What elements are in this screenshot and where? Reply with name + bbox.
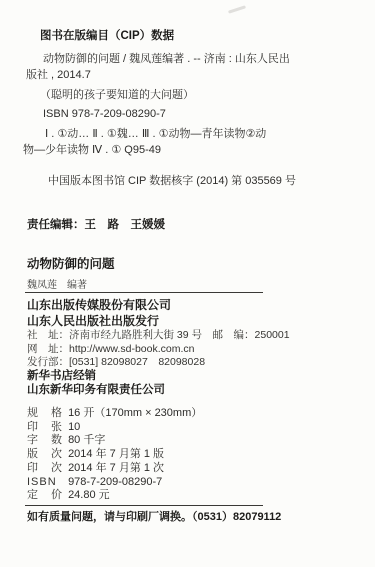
cip-classification-line1: Ⅰ . ①动… Ⅱ . ①魏… Ⅲ . ①动物—青年读物②动 <box>45 128 266 141</box>
spec-label: 定 价 <box>27 489 65 503</box>
spec-table: 规 格 16 开（170mm × 230mm） 印 张 10 字 数 80 千字… <box>27 407 202 503</box>
spec-row-wordcount: 字 数 80 千字 <box>27 434 202 448</box>
spec-value: 80 千字 <box>68 434 105 446</box>
publisher-website: 网 址：http://www.sd-book.com.cn <box>27 343 290 357</box>
spec-value: 16 开（170mm × 230mm） <box>68 407 202 419</box>
cip-description-line2: 版社 , 2014.7 <box>26 69 91 82</box>
cip-classification-line2: 物—少年读物 Ⅳ . ① Q95-49 <box>23 144 161 157</box>
spec-value: 2014 年 7 月第 1 次 <box>68 462 164 474</box>
spec-row-isbn: ISBN 978-7-209-08290-7 <box>27 476 202 490</box>
spec-row-printing: 印 次 2014 年 7 月第 1 次 <box>27 462 202 476</box>
spec-row-edition: 版 次 2014 年 7 月第 1 版 <box>27 448 202 462</box>
publisher-distribution-phone: 发行部：[0531] 82098027 82098028 <box>27 356 290 370</box>
publisher-company: 山东出版传媒股份有限公司 <box>27 297 290 313</box>
scan-smudge <box>228 5 246 13</box>
spec-value: 978-7-209-08290-7 <box>68 476 162 488</box>
cip-record-number: 中国版本图书馆 CIP 数据核字 (2014) 第 035569 号 <box>48 175 296 188</box>
publisher-printer: 山东新华印务有限责任公司 <box>27 384 290 398</box>
book-author: 魏凤莲 编著 <box>27 279 87 292</box>
publisher-seller: 新华书店经销 <box>27 370 290 384</box>
spec-label: 印 张 <box>27 421 65 435</box>
divider-bottom <box>25 505 263 506</box>
spec-row-sheets: 印 张 10 <box>27 421 202 435</box>
cip-isbn: ISBN 978-7-209-08290-7 <box>43 108 166 121</box>
spec-label: 规 格 <box>27 407 65 421</box>
cip-header: 图书在版编目（CIP）数据 <box>40 30 174 43</box>
spec-label: 印 次 <box>27 462 65 476</box>
spec-value: 2014 年 7 月第 1 版 <box>68 448 164 460</box>
responsible-editor: 责任编辑：王 路 王媛媛 <box>27 219 165 232</box>
spec-label: 版 次 <box>27 448 65 462</box>
spec-row-format: 规 格 16 开（170mm × 230mm） <box>27 407 202 421</box>
publisher-address: 社 址：济南市经九路胜利大街 39 号 邮 编：250001 <box>27 329 290 343</box>
quality-note: 如有质量问题，请与印刷厂调换。（0531）82079112 <box>27 511 281 524</box>
spec-label: ISBN <box>27 476 65 490</box>
spec-value: 10 <box>68 421 80 433</box>
spec-row-price: 定 价 24.80 元 <box>27 489 202 503</box>
publisher-issuer: 山东人民出版社出版发行 <box>27 313 290 329</box>
book-title: 动物防御的问题 <box>27 258 115 271</box>
cip-series-title: （聪明的孩子要知道的大问题） <box>40 89 194 102</box>
divider-top <box>25 292 263 293</box>
publisher-block: 山东出版传媒股份有限公司 山东人民出版社出版发行 社 址：济南市经九路胜利大街 … <box>27 297 290 397</box>
spec-value: 24.80 元 <box>68 489 110 501</box>
spec-label: 字 数 <box>27 434 65 448</box>
book-copyright-page: 图书在版编目（CIP）数据 动物防御的问题 / 魏凤莲编著 . -- 济南 : … <box>0 0 375 567</box>
cip-description-line1: 动物防御的问题 / 魏凤莲编著 . -- 济南 : 山东人民出 <box>43 53 290 66</box>
